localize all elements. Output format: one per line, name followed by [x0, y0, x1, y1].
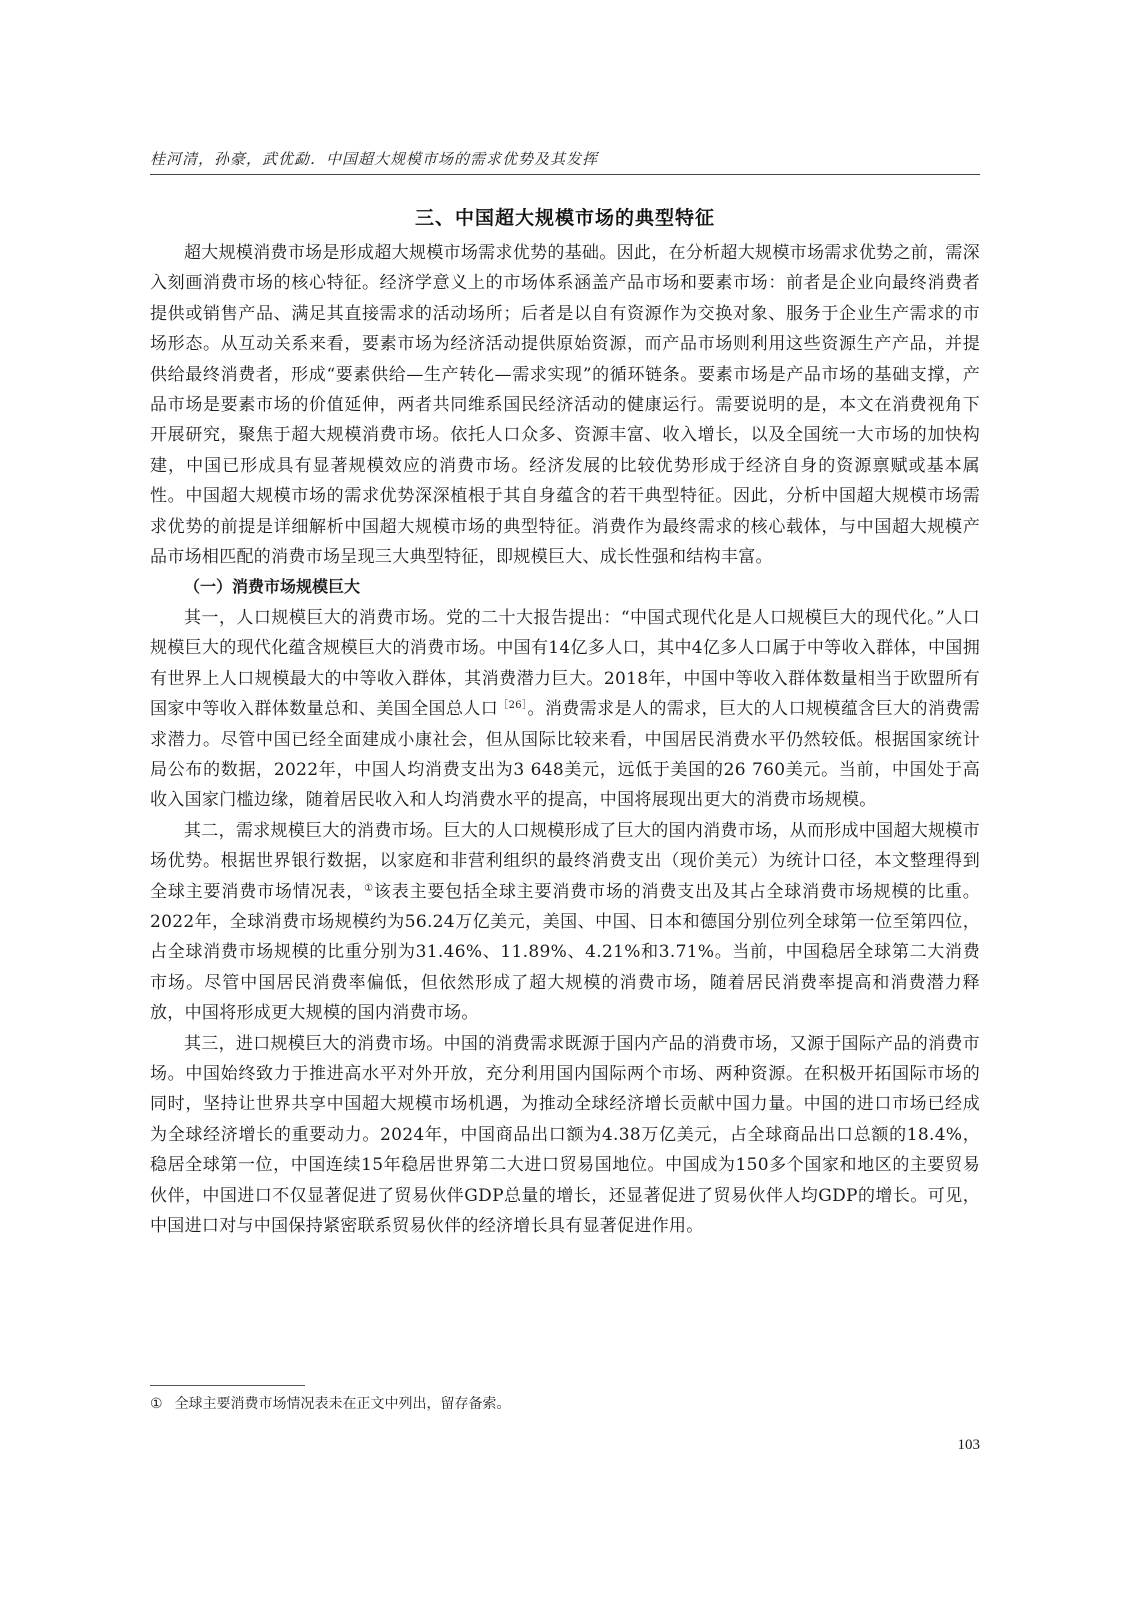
paragraph-demand: 其二，需求规模巨大的消费市场。巨大的人口规模形成了巨大的国内消费市场，从而形成中… — [150, 816, 980, 1029]
footnote-reference[interactable]: ① — [364, 883, 374, 894]
footnote: ①全球主要消费市场情况表未在正文中列出，留存备索。 — [150, 1393, 980, 1413]
running-head: 桂河清，孙豪，武优勐．中国超大规模市场的需求优势及其发挥 — [150, 148, 980, 169]
footnote-text: 全球主要消费市场情况表未在正文中列出，留存备索。 — [175, 1396, 511, 1412]
paragraph-population: 其一，人口规模巨大的消费市场。党的二十大报告提出：“中国式现代化是人口规模巨大的… — [150, 603, 980, 816]
header-rule — [150, 174, 980, 175]
citation-reference[interactable]: ［26］ — [498, 700, 527, 711]
page-number: 103 — [958, 1437, 981, 1454]
section-title: 三、中国超大规模市场的典型特征 — [150, 203, 980, 230]
footnote-rule — [150, 1385, 305, 1386]
footnote-mark: ① — [150, 1396, 163, 1412]
paragraph-text: 其三，进口规模巨大的消费市场。中国的消费需求既源于国内产品的消费市场，又源于国际… — [150, 1034, 980, 1236]
subsection-heading: （一）消费市场规模巨大 — [150, 572, 980, 602]
paragraph-import: 其三，进口规模巨大的消费市场。中国的消费需求既源于国内产品的消费市场，又源于国际… — [150, 1029, 980, 1242]
intro-paragraph: 超大规模消费市场是形成超大规模市场需求优势的基础。因此，在分析超大规模市场需求优… — [150, 238, 980, 572]
body-text: 超大规模消费市场是形成超大规模市场需求优势的基础。因此，在分析超大规模市场需求优… — [150, 238, 980, 1241]
paragraph-text: 该表主要包括全球主要消费市场的消费支出及其占全球消费市场规模的比重。2022年，… — [150, 882, 980, 1024]
